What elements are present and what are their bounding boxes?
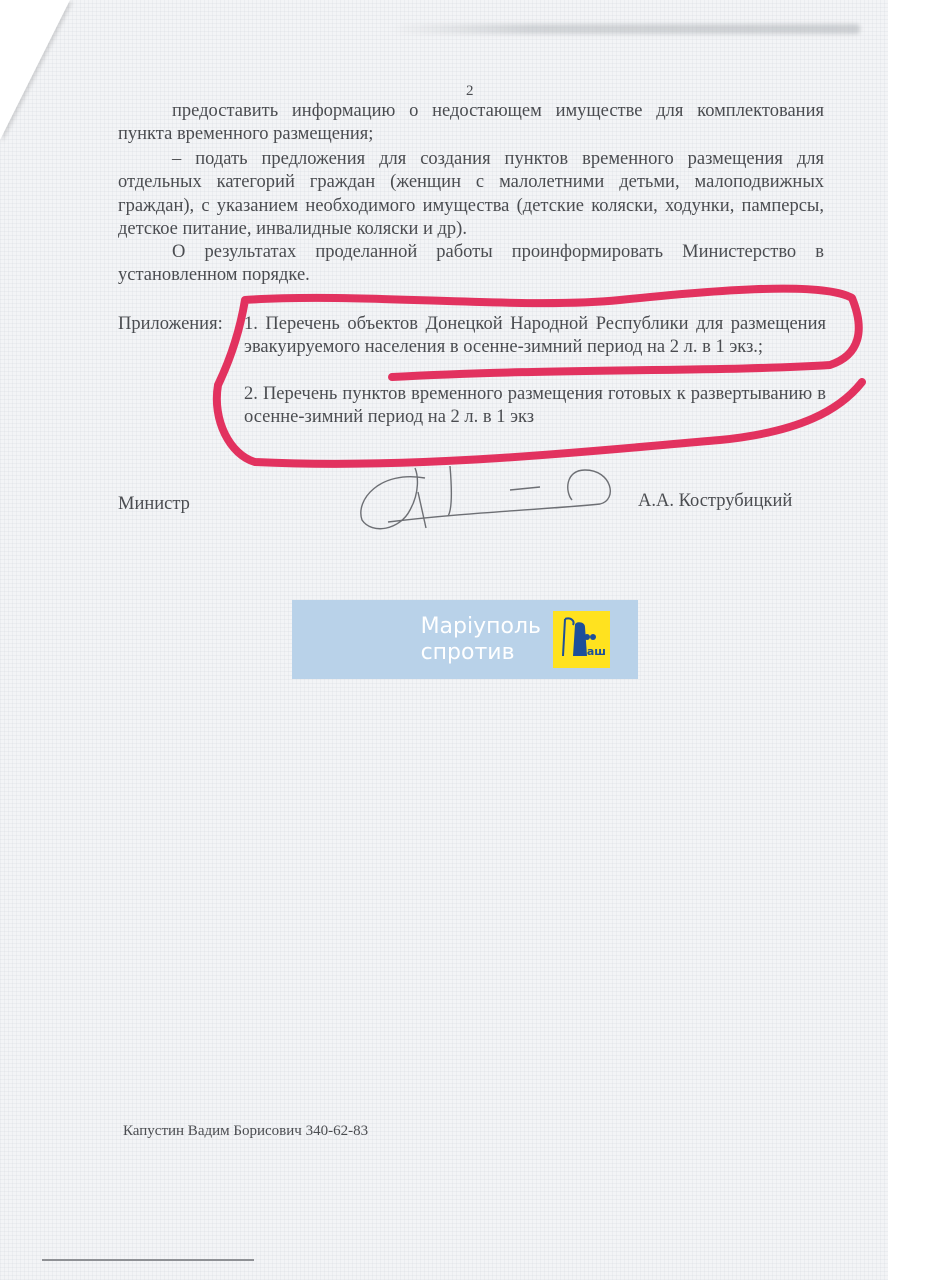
logo-text: баш [579, 645, 606, 658]
watermark-text: Маріуполь спротив [421, 614, 541, 666]
watermark-banner: Маріуполь спротив баш [292, 600, 638, 679]
grim-reaper-icon [553, 611, 610, 668]
footer-rule [42, 1259, 254, 1261]
watermark-logo: баш [553, 611, 610, 668]
watermark-line-2: спротив [421, 640, 541, 666]
watermark-line-1: Маріуполь [421, 614, 541, 640]
red-circle-annotation [217, 289, 862, 464]
scanned-page: 2 предоставить информацию о недостающем … [0, 0, 888, 1280]
signature-scribble [361, 466, 610, 529]
